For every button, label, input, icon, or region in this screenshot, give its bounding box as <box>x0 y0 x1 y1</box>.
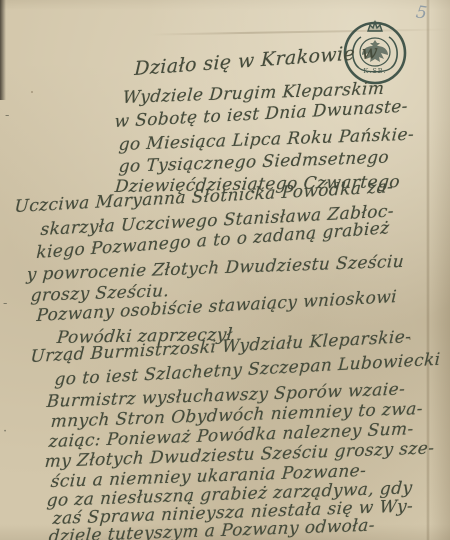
manuscript-page: K.SB. 5 - - · Działo się w Krakowie w Wy… <box>0 0 450 540</box>
paper-edge-shadow <box>0 0 6 100</box>
margin-mark: · <box>3 424 7 439</box>
stamp-inscription: K.SB. <box>363 67 386 75</box>
margin-mark: - <box>3 296 7 311</box>
margin-mark: - <box>5 108 9 123</box>
ink-speck <box>31 91 33 93</box>
paper-crease-vertical <box>426 0 430 540</box>
